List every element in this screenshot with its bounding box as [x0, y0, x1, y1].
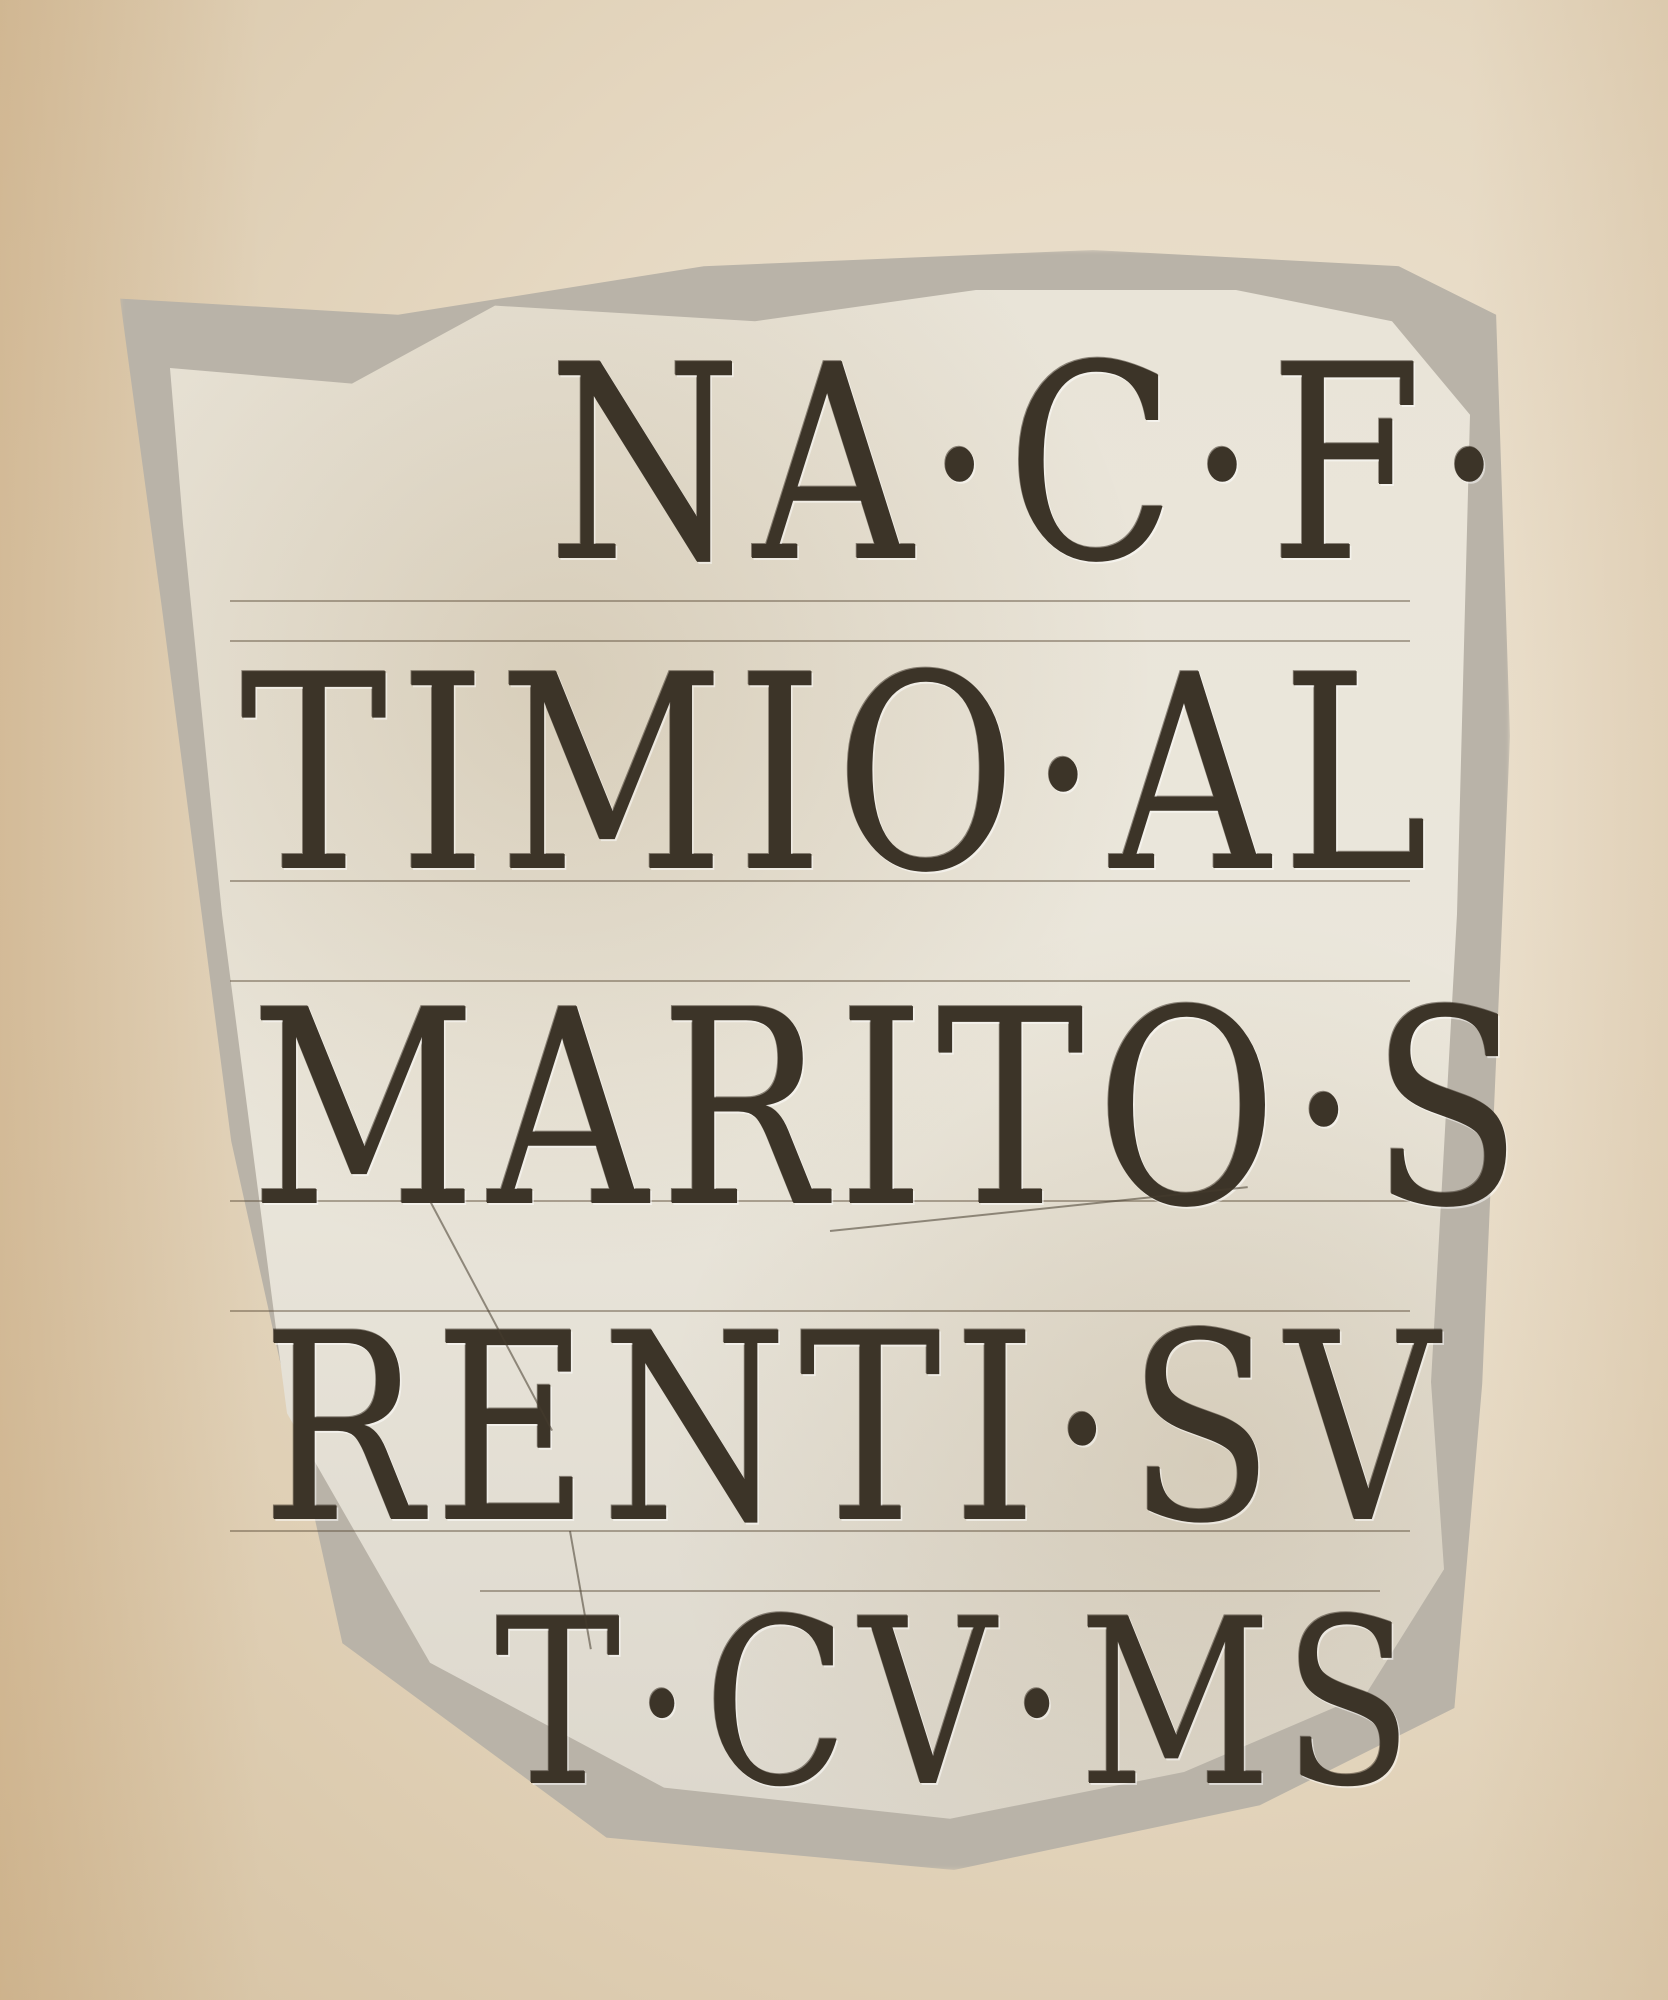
inscription-line-5: T·CV·MS — [495, 1590, 1424, 1820]
inscription-line-2: TIMIO·AL — [240, 640, 1440, 910]
inscription-line-1: NA·C·F· — [548, 330, 1516, 600]
inscription-line-4: RENTI·SV — [262, 1300, 1451, 1560]
inscription-line-3: MARITO·S — [250, 975, 1534, 1245]
